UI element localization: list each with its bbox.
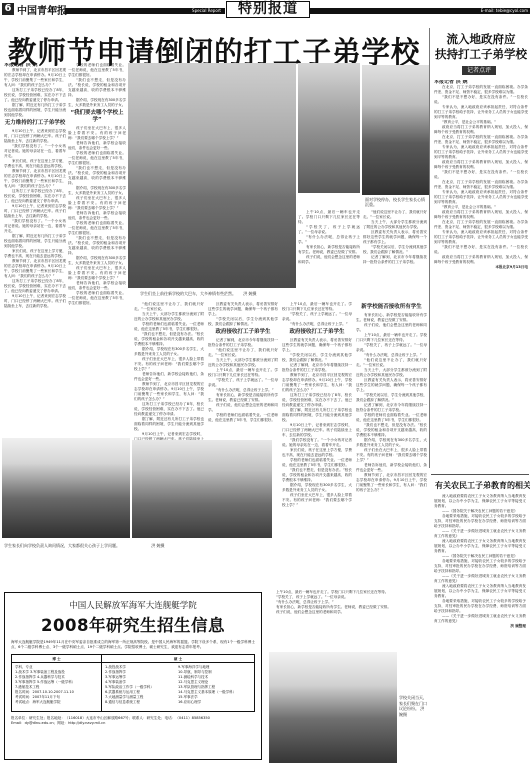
sidebar-body: 本报记者 洪 婉 在北京，打工子弟学校的发展一直面临困境。办学条件差、资金不足、… — [434, 80, 528, 470]
paragraph: 据介绍，学校现在有300多名学生，大多数是外来务工人员的子女。 — [282, 483, 352, 493]
photo-parents-talking — [2, 438, 130, 538]
ad-subtitle: 中国人民解放军海军大连舰艇学院 — [5, 599, 261, 611]
paragraph: 在北京，打工子弟学校的发展一直面临困境。办学条件差、资金不足、师资不稳定，很多学… — [434, 135, 528, 145]
paragraph: 教师节到了，北京市昌平区回龙观的宏志学校却在申请停办。9月10日上午，学校门前聚… — [282, 373, 352, 393]
paragraph: 9月10日上午，记者来到宏志学校时，门口已经停了两辆大巴车。孩子们陆续坐上车，去… — [4, 294, 66, 309]
paragraph: 上午10点，最后一辆车也开走了。学校门口只剩下几位家长还在等待。 — [298, 210, 360, 225]
ad-table-masters-grid: 1.战役战术学 2.作战指挥学 3.军事运筹学 4.军事装备学 5.军队政治工作… — [105, 665, 251, 705]
photo-caption-parent: 面对学校停办，校长学生家长心情沉重。 — [365, 197, 427, 207]
paragraph: “我们不是不想办好，是实在没有条件。”一位校长说。 — [434, 95, 528, 105]
paragraph: “学校关了，孩子上学就远了。”一位母亲说。 — [208, 378, 278, 388]
editor-line: 本版编辑/王 波 Tel: 010-64098315 — [314, 19, 379, 24]
paragraph: 孩子们坐在大巴车上，很多人脸上带着不安。有的孩子问老师：“我们要去哪个学校上学？… — [134, 357, 204, 372]
paragraph: “我们学校没有了。”一个小女孩对记者说。她的母亲站在一边，看着车开走。 — [282, 438, 352, 448]
paragraph: 当天上午，大部分学生都被分流到了附近的公办学校和其他民办学校。 — [208, 358, 278, 368]
date-line: 2007年9月14日 星期五 — [73, 19, 116, 24]
paragraph: 据介绍，学校现在有300多名学生，大多数是外来务工人员的子女。 — [68, 186, 126, 196]
paragraph: “我们也不想走，但是没有办法。”校长说，学校的租金和各项开支越来越高，收的学费根… — [134, 332, 204, 347]
paragraph: 记者了解到，北京市今年将继续扶持一批符合条件的打工子弟学校。 — [356, 403, 427, 413]
paragraph: “我们不是不想办好，是实在没有条件。”一位校长说。 — [434, 170, 528, 180]
ad-table-phd: 博 士 学科、专业 1.战术学 3.军事装备工程及战役 2.作战指挥学 4.兵器… — [12, 655, 102, 711]
paragraph: 当天上午，大部分学生都被分流到了附近的公办学校和其他民办学校。 — [356, 368, 427, 378]
paragraph: 学校的老师们也面临着失业。一位老师说，他在这里教了5年书，学生们都很好。 — [208, 413, 278, 423]
paragraph: “我们也不想走，但是没有办法。”校长说，学校的租金和各项开支越来越高，收的学费根… — [282, 468, 352, 483]
paragraph: “他们说这里不让办了，我们就只好走。”一位家长说。 — [363, 210, 427, 220]
paragraph: 学校的老师们也面临着失业。一位老师说，他在这里教了5年书，学生们都很好。 — [68, 221, 126, 236]
paragraph: 有家长担心，新学校是否能接收所有学生。老师说，教委已经做了安排。 — [298, 245, 360, 255]
ad-table-item: 考试地点：海军大连舰艇学院 — [15, 700, 98, 705]
ad-email-line: Email：dy@dlnu.edu.cn；网址：http://dly.navy.… — [11, 721, 255, 726]
sidebar-sign: 本报北京9月13日电 — [434, 265, 528, 270]
paragraph: 有家长担心，新学校是否能接收所有学生。老师说，教委已经做了安排。 — [356, 313, 427, 323]
paragraph: 老师告诉他们，新学校会接收他们，条件也会更好一些。 — [68, 281, 126, 291]
paragraph: “他们说这里不让办了，我们就只好走。”一位家长说。 — [356, 358, 427, 368]
masthead-logo: 中国青年报 — [17, 2, 67, 17]
paragraph: 区教委有关负责人表示，将妥善安排好这些学生的就学问题，确保每一个孩子都有学上。 — [282, 338, 352, 353]
photo-parents-talking-right — [132, 440, 272, 538]
paragraph: “我们也不想走，但是没有办法。”校长说，学校的租金和各项开支越来越高，收的学费根… — [68, 78, 126, 98]
paragraph: “我们不是不想办好，是实在没有条件。”一位校长说。 — [434, 245, 528, 255]
paragraph: “他们说这里不让办了，我们就只好走。”一位家长说。 — [208, 348, 278, 358]
paragraph: 孩子们坐在大巴车上，很多人脸上带着不安。有的孩子问老师：“我们要去哪个学校上学？… — [282, 493, 352, 508]
email-line: E-mail: tebie@cyol.com — [481, 8, 528, 14]
paragraph: 9月10日上午，记者来到宏志学校时，门口已经停了两辆大巴车。孩子们陆续坐上车，去… — [4, 204, 66, 219]
paragraph: 流入地政府要将农民工子女义务教育纳入当地教育发展规划，以公办中小学为主，保障农民… — [434, 584, 526, 599]
column-divider — [429, 28, 430, 468]
paragraph: 据介绍，学校现在有300多名学生，大多数是外来务工人员的子女。 — [68, 256, 126, 266]
article-column-bottom: 上午10点，最后一辆车也开走了。学校门口只剩下几位家长还在等待。 “学校关了，孩… — [268, 590, 398, 648]
ad-table-item: 16.应用心理学 — [178, 700, 251, 705]
paragraph: “学校关闭以后，学生分流到其他学校，我们会跟踪了解情况。” — [208, 317, 278, 327]
article-column-2: 学校的老师们也面临着失业。一位老师说，他在这里教了5年书，学生们都很好。 “我们… — [68, 63, 126, 438]
paragraph: 政府应当将打工子弟的教育纳入规划，加大投入，保障每个孩子受教育的权利。 — [434, 125, 528, 135]
ad-table-masters-col2: 9.军事海洋学与地理 10.导航、制导与控制 11.测绘科学与技术 12.马克思… — [178, 665, 251, 705]
advertisement-box: 中国人民解放军海军大连舰艇学院 2008年研究生招生信息 海军大连舰艇学院是19… — [4, 592, 262, 760]
ad-title: 2008年研究生招生信息 — [5, 612, 261, 636]
paragraph: “学校关了，孩子上学就远了。”一位母亲说。 — [356, 343, 427, 353]
article-column-1: 本报记者 洪 婉 教师节到了，北京市昌平区回龙观的宏志学校却在申请停办。9月10… — [4, 63, 66, 438]
paragraph: 据了解，附近还有几所打工子弟学校也面临着同样的困境，学生只能分流到其他学校。 — [4, 234, 66, 249]
paragraph: 政府应当将打工子弟的教育纳入规划，加大投入，保障每个孩子受教育的权利。 — [434, 160, 528, 170]
photo-students-on-bus — [128, 63, 296, 288]
section-title: 特别报道 — [226, 1, 310, 18]
paragraph: 区教委有关负责人表示，将妥善安排好这些学生的就学问题，确保每一个孩子都有学上。 — [356, 378, 427, 393]
paragraph: 教师节到了，北京市昌平区回龙观的宏志学校却在申请停办。9月10日上午，学校门前聚… — [4, 68, 66, 88]
subheading: 新学校能否接收所有学生 — [356, 304, 427, 311]
photo-caption-bus: 学生们坐上前往新学校的大巴车，大多神情有些茫然。 洪 婉摄 — [140, 291, 300, 296]
ad-table-masters: 硕 士 1.战役战术学 2.作战指挥学 3.军事运筹学 4.军事装备学 5.军队… — [102, 655, 254, 711]
paragraph: 孩子们坐在大巴车上，很多人脸上带着不安。有的孩子问老师：“我们要去哪个学校上学？… — [68, 126, 126, 141]
paragraph: “我们也不想走，但是没有办法。”校长说，学校的租金和各项开支越来越高，收的学费根… — [68, 236, 126, 256]
paragraph: 家长们说，孩子在这里上学方便，学费也不高，现在只能去更远的学校。 — [282, 448, 352, 458]
paragraph: 这所打工子弟学校已经办了8年，校长说，学校经营困难，实在办不下去了。他已经向教委… — [4, 279, 66, 294]
photo-credit: 洪 婉摄 — [243, 291, 256, 296]
paragraph: 据了解，附近还有几所打工子弟学校也面临着同样的困境，学生只能分流到其他学校。 — [282, 408, 352, 423]
article-column-5-top: 上午10点，最后一辆车也开走了。学校门口只剩下几位家长还在等待。 “学校关了，孩… — [298, 210, 360, 292]
paragraph: 流入地政府要将农民工子女义务教育纳入当地教育发展规划，以公办中小学为主，保障农民… — [434, 494, 526, 509]
photo-parent — [362, 65, 429, 195]
paragraph: 各地要采取措施，对接收农民工子女较多的学校给予支持，对经审批的民办学校在办学经费… — [434, 599, 526, 614]
paragraph: 孩子们说，他们会想念这里的老师和同学。 — [298, 255, 360, 265]
sidebar-title-line1: 流入地政府应 — [432, 32, 530, 47]
paragraph: “有什么办法呢，总得让孩子上学。” — [298, 235, 360, 245]
paragraph: 9月10日上午，记者来到宏志学校时，门口已经停了两辆大巴车。孩子们陆续坐上车，去… — [282, 423, 352, 438]
paragraph: “我们学校没有了。”一个小女孩对记者说。她的母亲站在一边，看着车开走。 — [4, 144, 66, 159]
paragraph: 学校的老师们也面临着失业。一位老师说，他在这里教了5年书，学生们都很好。 — [68, 291, 126, 306]
info-box-sign: 洪 婉整理 — [434, 624, 526, 629]
subheading: 政府接收打工子弟学生 — [208, 329, 278, 336]
paragraph: 政府应当将打工子弟的教育纳入规划，加大投入，保障每个孩子受教育的权利。 — [434, 210, 528, 220]
paragraph: “学校关闭以后，学生分流到其他学校，我们会跟踪了解情况。” — [356, 393, 427, 403]
paragraph: 老师告诉他们，新学校会接收他们，条件也会更好一些。 — [68, 141, 126, 151]
sidebar-tag: 记者点评 — [462, 66, 496, 75]
paragraph: 孩子们说，他们会想念这里的老师和同学。 — [208, 403, 278, 413]
paragraph: 有家长担心，新学校是否能接收所有学生。老师说，教委已经做了安排。 — [208, 393, 278, 403]
paragraph: 据了解，附近还有几所打工子弟学校也面临着同样的困境，学生只能分流到其他学校。 — [134, 417, 204, 432]
photo-caption-group: 学生家长们向学校负责人询问情况，大家都很关心孩子上学问题。 洪 婉摄 — [4, 543, 274, 548]
paragraph: 孩子们坐在大巴车上，很多人脸上带着不安。有的孩子问老师：“我们要去哪个学校上学？… — [68, 266, 126, 281]
paragraph: “我们也不想走，但是没有办法。”校长说，学校的租金和各项开支越来越高，收的学费根… — [68, 166, 126, 186]
paragraph: 当天上午，大部分学生都被分流到了附近的公办学校和其他民办学校。 — [363, 220, 427, 230]
paragraph: 学校的老师们也面临着失业。一位老师说，他在这里教了5年书，学生们都很好。 — [68, 151, 126, 166]
paragraph: 各地要采取措施，对接收农民工子女较多的学校给予支持，对经审批的民办学校在办学经费… — [434, 514, 526, 529]
paragraph: 老师告诉他们，新学校会接收他们，条件也会更好一些。 — [134, 372, 204, 382]
subheading: 政府接收打工子弟学生 — [282, 329, 352, 336]
ad-table-masters-col1: 1.战役战术学 2.作战指挥学 3.军事运筹学 4.军事装备学 5.军队政治工作… — [105, 665, 178, 705]
paragraph: 政府应当将打工子弟的教育纳入规划，加大投入，保障每个孩子受教育的权利。 — [434, 255, 528, 265]
paragraph: 家长们说，孩子在这里上学方便，学费也不高，现在只能去更远的学校。 — [4, 159, 66, 169]
paragraph: “我们也不想走，但是没有办法。”校长说，学校的租金和各项开支越来越高，收的学费根… — [356, 423, 427, 438]
paragraph: 上午10点，最后一辆车也开走了。学校门口只剩下几位家长还在等待。 — [356, 333, 427, 343]
paragraph: 据介绍，学校现在有300多名学生，大多数是外来务工人员的子女。 — [68, 98, 126, 108]
page-number: 6 — [2, 3, 14, 15]
paragraph: 学校的老师们也面临着失业。一位老师说，他在这里教了5年书，学生们都很好。 — [134, 322, 204, 332]
paragraph: 当天上午，大部分学生都被分流到了附近的公办学校和其他民办学校。 — [134, 312, 204, 322]
paragraph: 9月10日上午，记者来到宏志学校时，门口已经停了两辆大巴车。孩子们陆续坐上车，去… — [4, 129, 66, 144]
paragraph: “有什么办法呢，总得让孩子上学。” — [282, 322, 352, 327]
paragraph: 在北京，打工子弟学校的发展一直面临困境。办学条件差、资金不足、师资不稳定，很多学… — [434, 85, 528, 95]
header-bar-left: 2007年9月14日 星期五 Special Report — [65, 8, 225, 14]
paragraph: 教师节到了，北京市昌平区回龙观的宏志学校却在申请停办。9月10日上午，学校门前聚… — [134, 382, 204, 402]
info-box-body: 流入地政府要将农民工子女义务教育纳入当地教育发展规划，以公办中小学为主，保障农民… — [431, 494, 529, 763]
paragraph: 专家认为，流入地政府应该承担起责任，对符合条件的打工子弟学校给予扶持，让外来务工… — [434, 145, 528, 160]
sidebar-title-line2: 扶持打工子弟学校 — [432, 47, 530, 62]
paragraph: 老师告诉他们，新学校会接收他们，条件也会更好一些。 — [68, 211, 126, 221]
photo-girl-crying — [298, 63, 360, 193]
sidebar-title: 流入地政府应 扶持打工子弟学校 — [432, 32, 530, 62]
paragraph: 区教委有关负责人表示，将妥善安排好这些学生的就学问题，确保每一个孩子都有学上。 — [208, 302, 278, 317]
paragraph: 孩子们说，他们会想念这里的老师和同学。 — [356, 323, 427, 333]
photo-crowd — [269, 652, 397, 763]
ad-footer: 报名单位：研究生处；报名地址：（116018）大连市中山区解放路667号；联系人… — [5, 712, 261, 730]
paragraph: 区教委有关负责人表示，将妥善安排好这些学生的就学问题，确保每一个孩子都有学上。 — [363, 230, 427, 245]
paragraph: 这所打工子弟学校已经办了8年，校长说，学校经营困难，实在办不下去了。他已经向教委… — [134, 402, 204, 417]
hatch-decoration: ///// — [48, 5, 56, 14]
caption-text: 学生们坐上前往新学校的大巴车，大多神情有些茫然。 — [140, 291, 236, 296]
paragraph: ——《关于进一步做好进城务工就业农民子女义务教育工作的意见》 — [434, 614, 526, 624]
article-column-6-top: “他们说这里不让办了，我们就只好走。”一位家长说。 当天上午，大部分学生都被分流… — [363, 210, 427, 292]
paragraph: 上午10点，最后一辆车也开走了。学校门口只剩下几位家长还在等待。 — [282, 302, 352, 312]
paragraph: 这所打工子弟学校已经办了8年，校长说，学校经营困难，实在办不下去了。他已经向教委… — [4, 189, 66, 204]
paragraph: 专家认为，流入地政府应该承担起责任，对符合条件的打工子弟学校给予扶持，让外来务工… — [434, 105, 528, 120]
paragraph: 上午10点，最后一辆车也开走了。学校门口只剩下几位家长还在等待。 — [208, 368, 278, 378]
header-bar-right: 本版编辑/王 波 Tel: 010-64098315 E-mail: tebie… — [310, 8, 530, 14]
ad-table-item: 8.通信与信息系统工程 — [105, 700, 178, 705]
paragraph: 学校的老师们也面临着失业。一位老师说，他在这里教了5年书，学生们都很好。 — [356, 413, 427, 423]
subheading: 无力维持的打工子弟学校 — [4, 120, 66, 127]
ad-table: 博 士 学科、专业 1.战术学 3.军事装备工程及战役 2.作战指挥学 4.兵器… — [11, 654, 255, 712]
paragraph: 家长们说，孩子在这里上学方便，学费也不高，现在只能去更远的学校。 — [4, 249, 66, 259]
paragraph: 专家认为，流入地政府应该承担起责任，对符合条件的打工子弟学校给予扶持，让外来务工… — [434, 230, 528, 245]
subheading: “我们要去哪个学校上学” — [68, 110, 126, 124]
ad-table-header-masters: 硕 士 — [102, 657, 254, 663]
paragraph: 这所打工子弟学校已经办了8年，校长说，学校经营困难，实在办不下去了。他已经向教委… — [282, 393, 352, 408]
paragraph: 专家认为，流入地政府应该承担起责任，对符合条件的打工子弟学校给予扶持，让外来务工… — [434, 190, 528, 205]
paragraph: 这所打工子弟学校已经办了8年，校长说，学校经营困难，实在办不下去了。他已经向教委… — [4, 88, 66, 103]
paragraph: 老师告诉他们，新学校会接收他们，条件也会更好一些。 — [356, 463, 427, 473]
paragraph: 孩子们说，他们会想念这里的老师和同学。 — [268, 610, 398, 615]
paragraph: 记者了解到，北京市今年将继续扶持一批符合条件的打工子弟学校。 — [208, 338, 278, 348]
paragraph: “他们说这里不让办了，我们就只好走。”一位家长说。 — [134, 302, 204, 312]
paragraph: “我们学校没有了。”一个小女孩对记者说。她的母亲站在一边，看着车开走。 — [4, 219, 66, 234]
paragraph: 各地要采取措施，对接收农民工子女较多的学校给予支持，对经审批的民办学校在办学经费… — [434, 559, 526, 574]
paragraph: 孩子们坐在大巴车上，很多人脸上带着不安。有的孩子问老师：“我们要去哪个学校上学？… — [356, 448, 427, 463]
paragraph: 据介绍，学校现在有300多名学生，大多数是外来务工人员的子女。 — [356, 438, 427, 448]
paragraph: “学校关了，孩子上学就远了。”一位母亲说。 — [282, 312, 352, 322]
paragraph: 教师节到了，北京市昌平区回龙观的宏志学校却在申请停办。9月10日上午，学校门前聚… — [4, 169, 66, 189]
paragraph: 孩子们坐在大巴车上，很多人脸上带着不安。有的孩子问老师：“我们要去哪个学校上学？… — [68, 196, 126, 211]
ad-table-header-phd: 博 士 — [12, 657, 101, 663]
paragraph: 记者了解到，北京市今年将继续扶持一批符合条件的打工子弟学校。 — [363, 255, 427, 265]
caption-text: 学生家长们向学校负责人询问情况，大家都很关心孩子上学问题。 — [4, 543, 120, 548]
paragraph: 在北京，打工子弟学校的发展一直面临困境。办学条件差、资金不足、师资不稳定，很多学… — [434, 220, 528, 230]
paragraph: 学校的老师们也面临着失业。一位老师说，他在这里教了5年书，学生们都很好。 — [68, 63, 126, 78]
ad-body: 海军大连舰艇学院是1949年11月在中央军委亲自批准成立的海军第一所正规高等院校… — [5, 636, 261, 650]
info-box: 有关农民工子弟教育的相关规定 流入地政府要将农民工子女义务教育纳入当地教育发展规… — [431, 474, 529, 763]
photo-credit: 洪 婉摄 — [151, 543, 164, 548]
paragraph: ——《关于进一步做好进城务工就业农民子女义务教育工作的意见》 — [434, 529, 526, 539]
paragraph: 教师节到了，北京市昌平区回龙观的宏志学校却在申请停办。9月10日上午，学校门前聚… — [4, 259, 66, 279]
paragraph: 据了解，附近还有几所打工子弟学校也面临着同样的困境，学生只能分流到其他学校。 — [4, 103, 66, 118]
section-english: Special Report — [192, 8, 221, 14]
paragraph: 学校的老师们也面临着失业。一位老师说，他在这里教了5年书，学生们都很好。 — [282, 458, 352, 468]
info-box-title: 有关农民工子弟教育的相关规定 — [435, 480, 529, 491]
paragraph: “学校关闭以后，学生分流到其他学校，我们会跟踪了解情况。” — [282, 353, 352, 363]
paragraph: 据介绍，学校现在有300多名学生，大多数是外来务工人员的子女。 — [134, 347, 204, 357]
paragraph: “学校关了，孩子上学就远了。”一位母亲说。 — [298, 225, 360, 235]
paragraph: 流入地政府要将农民工子女义务教育纳入当地教育发展规划，以公办中小学为主，保障农民… — [434, 539, 526, 554]
paragraph: 记者了解到，北京市今年将继续扶持一批符合条件的打工子弟学校。 — [282, 363, 352, 373]
paragraph: “学校关闭以后，学生分流到其他学校，我们会跟踪了解情况。” — [363, 245, 427, 255]
paragraph: ——《关于进一步做好进城务工就业农民子女义务教育工作的意见》 — [434, 574, 526, 584]
photo-caption-crowd: 学校关闭当天，家长们聚在门口议论纷纷。 洪 婉摄 — [399, 695, 429, 717]
paragraph: 教师节到了，北京市昌平区回龙观的宏志学校却在申请停办。9月10日上午，学校门前聚… — [356, 473, 427, 493]
paragraph: 在北京，打工子弟学校的发展一直面临困境。办学条件差、资金不足、师资不稳定，很多学… — [434, 180, 528, 190]
